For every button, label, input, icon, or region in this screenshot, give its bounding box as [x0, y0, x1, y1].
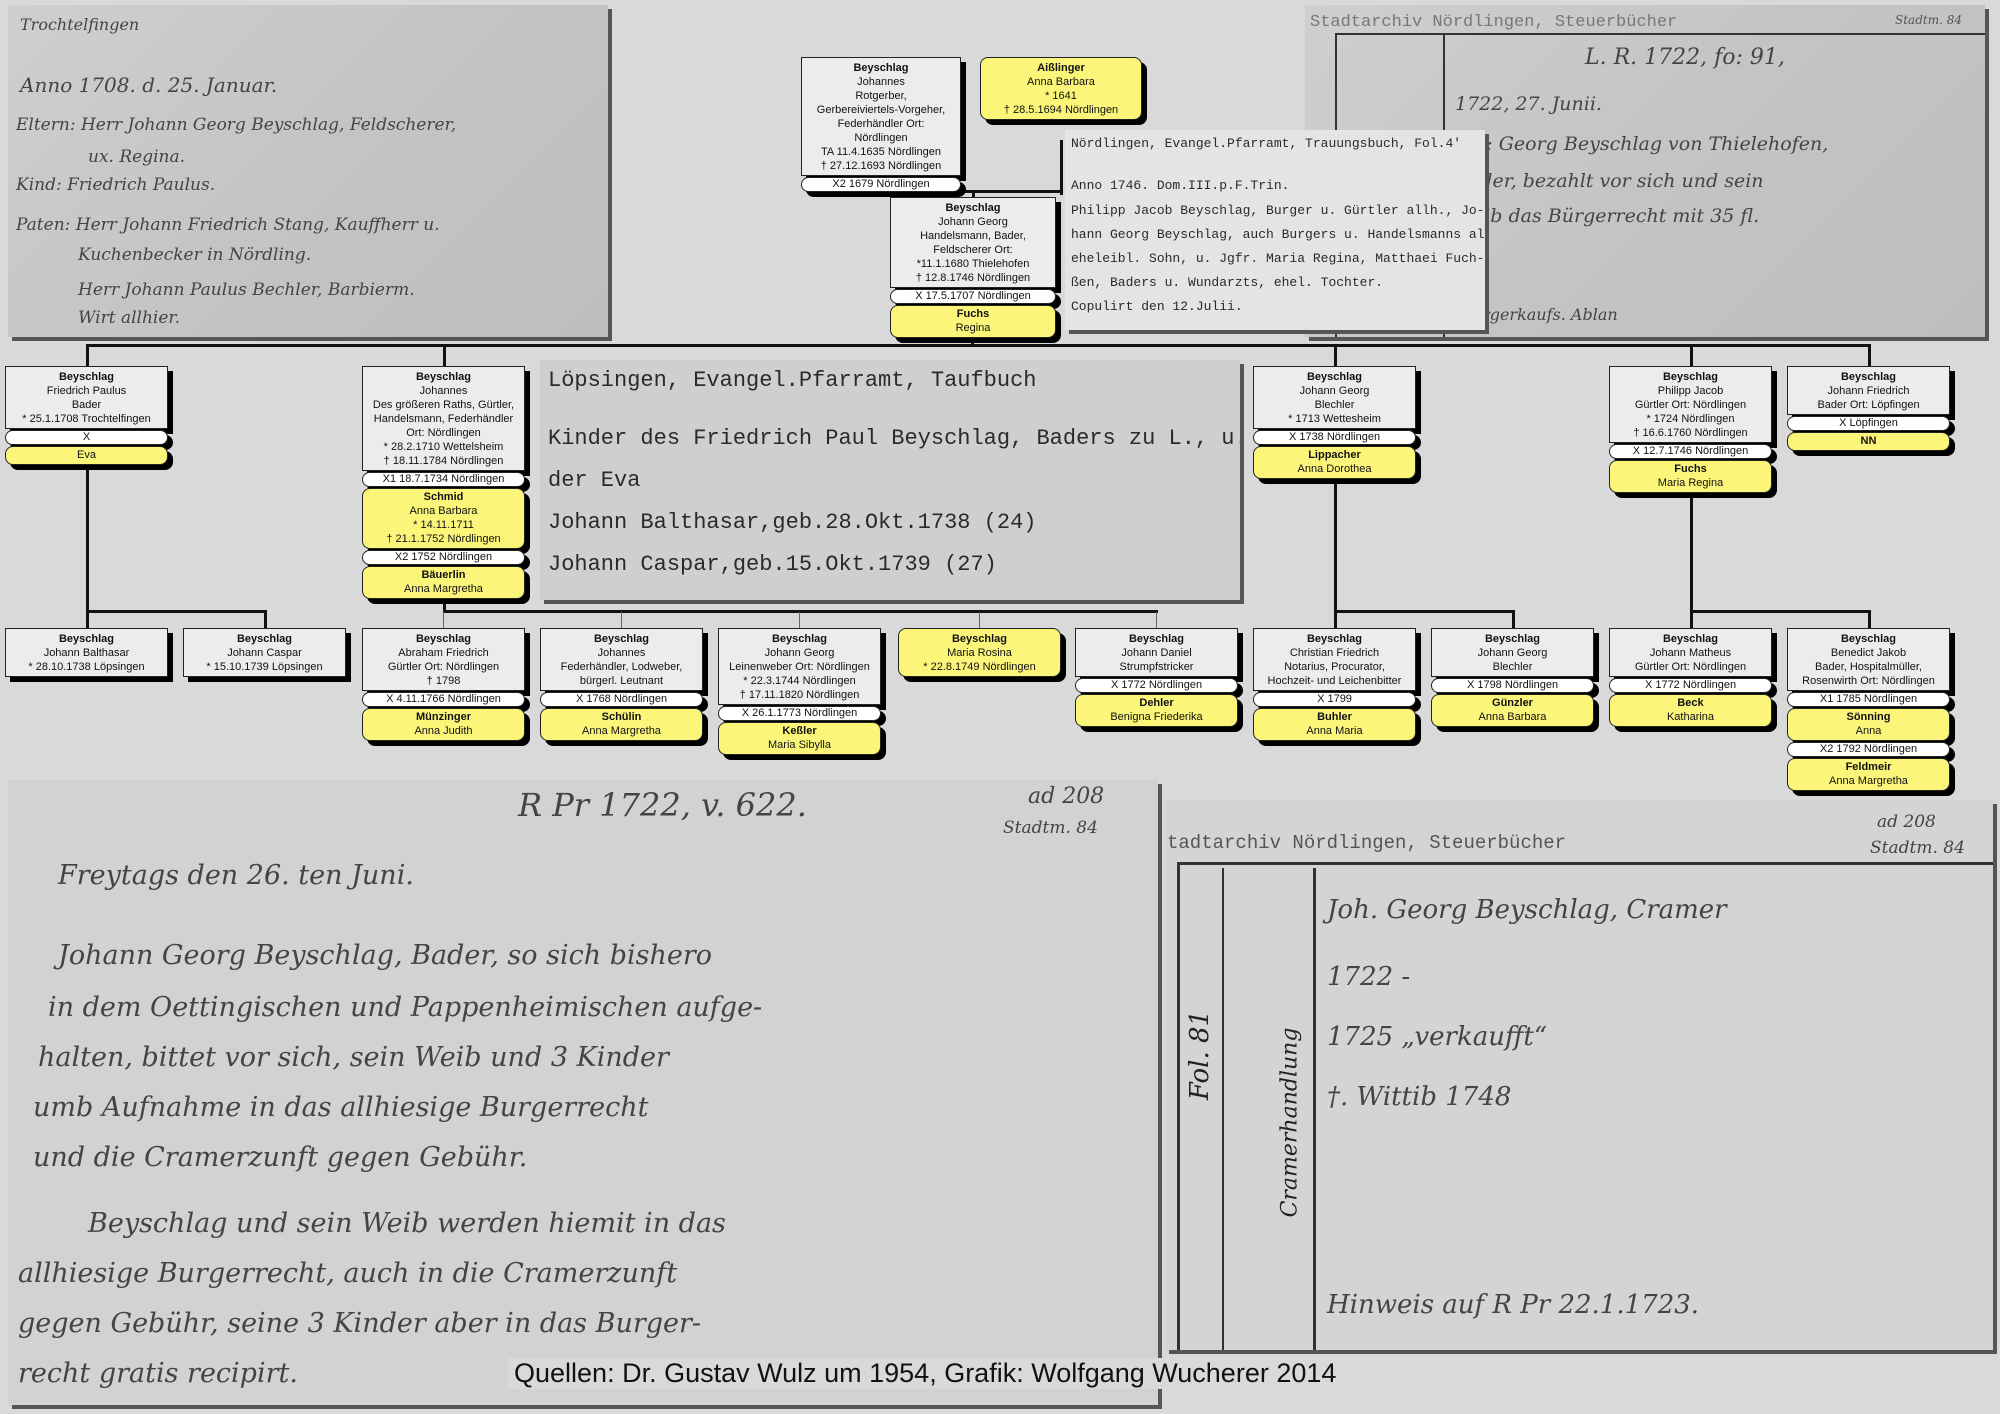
person-card: BeyschlagJohannesRotgerber,Gerbereiviert… — [801, 57, 961, 192]
person-box: BeyschlagJohann GeorgBlechler* 1713 Wett… — [1253, 366, 1416, 429]
person-card: BeyschlagMaria Rosina* 22.8.1749 Nördlin… — [898, 628, 1061, 677]
spouse-surname: Sönning — [1790, 710, 1947, 724]
spouse-given-name: Anna Margretha — [365, 582, 522, 596]
person-occupation: Notarius, Procurator, — [1256, 660, 1413, 674]
doc-title: R Pr 1722, v. 622. — [518, 786, 807, 824]
doc-line: in dem Oettingischen und Pappenheimische… — [48, 992, 762, 1023]
connector-line — [1334, 610, 1514, 613]
doc-line: recht gratis recipirt. — [18, 1358, 298, 1389]
marriage-label: X 1738 Nördlingen — [1253, 430, 1416, 445]
doc-stamp: Stadtm. 84 — [1895, 13, 1962, 27]
person-surname: Beyschlag — [1078, 632, 1235, 646]
person-date: * 1641 — [983, 89, 1139, 103]
doc-line: Joh: Georg Beyschlag von Thielehofen, — [1455, 133, 1828, 155]
connector-line — [86, 470, 89, 610]
spouse-box: BäuerlinAnna Margretha — [362, 566, 525, 599]
doc-stamp: Stadtm. 84 — [1870, 838, 1965, 858]
person-date: † 18.11.1784 Nördlingen — [365, 454, 522, 468]
doc-line: Philipp Jacob Beyschlag, Burger u. Gürtl… — [1071, 203, 1484, 218]
spouse-given-name: Benigna Friederika — [1078, 710, 1235, 724]
doc-col-label: Cramerhandlung — [1277, 1028, 1302, 1218]
spouse-surname: Buhler — [1256, 710, 1413, 724]
spouse-surname: Keßler — [721, 724, 878, 738]
doc-col-label: Fol. 81 — [1185, 1010, 1215, 1100]
doc-line: Copulirt den 12.Julii. — [1071, 299, 1243, 314]
spouse-given-name: Eva — [8, 448, 165, 462]
doc-line: Herr Johann Paulus Bechler, Barbierm. — [78, 280, 415, 300]
doc-line: umb Aufnahme in das allhiesige Burgerrec… — [33, 1092, 648, 1123]
doc-line: Kinder des Friedrich Paul Beyschlag, Bad… — [548, 426, 1240, 451]
person-box: BeyschlagJohann GeorgLeinenweber Ort: Nö… — [718, 628, 881, 705]
doc-taufbuch: Löpsingen, Evangel.Pfarramt, Taufbuch Ki… — [540, 360, 1240, 600]
spouse-given-name: Anna Dorothea — [1256, 462, 1413, 476]
spouse-given-name: Anna Judith — [365, 724, 522, 738]
doc-line: Weib das Bürgerrecht mit 35 fl. — [1455, 205, 1759, 227]
person-surname: Beyschlag — [365, 370, 522, 384]
person-given-name: Abraham Friedrich — [365, 646, 522, 660]
person-surname: Beyschlag — [543, 632, 700, 646]
spouse-box: BuhlerAnna Maria — [1253, 708, 1416, 741]
person-occupation: Handelsmann, Federhändler — [365, 412, 522, 426]
marriage-label: X1 1785 Nördlingen — [1787, 692, 1950, 707]
person-occupation: Federhändler, Lodweber, — [543, 660, 700, 674]
spouse-box: NN — [1787, 432, 1950, 451]
doc-line: Wirt allhier. — [78, 308, 180, 328]
doc-line: hann Georg Beyschlag, auch Burgers u. Ha… — [1071, 227, 1485, 242]
person-date: † 1798 — [365, 674, 522, 688]
person-occupation: Rotgerber, — [804, 89, 958, 103]
spouse-box: SönningAnna — [1787, 708, 1950, 741]
person-date: † 12.8.1746 Nördlingen — [893, 271, 1053, 285]
spouse-box: MünzingerAnna Judith — [362, 708, 525, 741]
connector-line — [1690, 610, 1693, 628]
person-occupation: Blechler — [1434, 660, 1591, 674]
doc-line: Johann Caspar,geb.15.Okt.1739 (27) — [548, 552, 997, 577]
person-occupation: Ort: Nördlingen — [365, 426, 522, 440]
person-box: BeyschlagChristian FriedrichNotarius, Pr… — [1253, 628, 1416, 691]
person-box: BeyschlagFriedrich PaulusBader* 25.1.170… — [5, 366, 168, 429]
person-given-name: Anna Barbara — [983, 75, 1139, 89]
person-card: BeyschlagJohann GeorgHandelsmann, Bader,… — [890, 197, 1056, 338]
doc-line: Löpsingen, Evangel.Pfarramt, Taufbuch — [548, 368, 1036, 393]
spouse-box: BeckKatharina — [1609, 694, 1772, 727]
person-card: BeyschlagFriedrich PaulusBader* 25.1.170… — [5, 366, 168, 465]
marriage-label: X Löpfingen — [1787, 416, 1950, 431]
doc-line: Joh. Georg Beyschlag, Cramer — [1327, 895, 1727, 925]
person-given-name: Johann Matheus — [1612, 646, 1769, 660]
person-card: BeyschlagJohann Caspar* 15.10.1739 Löpsi… — [183, 628, 346, 677]
marriage-label: X2 1792 Nördlingen — [1787, 742, 1950, 757]
marriage-label: X 1772 Nördlingen — [1609, 678, 1772, 693]
doc-line: Hinweis auf R Pr 22.1.1723. — [1327, 1290, 1699, 1320]
doc-line: Trochtelfingen — [20, 15, 139, 34]
spouse-box: FeldmeirAnna Margretha — [1787, 758, 1950, 791]
person-occupation: Bader — [8, 398, 165, 412]
person-date: * 28.10.1738 Löpsingen — [8, 660, 165, 674]
doc-line: Kuchenbecker in Nördling. — [78, 245, 311, 265]
doc-line: Kind: Friedrich Paulus. — [16, 175, 215, 195]
person-occupation: Bader Ort: Löpfingen — [1790, 398, 1947, 412]
marriage-label: X1 18.7.1734 Nördlingen — [362, 472, 525, 487]
person-given-name: Friedrich Paulus — [8, 384, 165, 398]
connector-line — [1334, 344, 1337, 366]
doc-line: Bader, bezahlt vor sich und sein — [1455, 170, 1764, 192]
marriage-label: X 1799 — [1253, 692, 1416, 707]
person-surname: Beyschlag — [1256, 370, 1413, 384]
person-card: BeyschlagJohannesDes größeren Raths, Gür… — [362, 366, 525, 599]
person-box: AißlingerAnna Barbara* 1641† 28.5.1694 N… — [980, 57, 1142, 120]
person-occupation: Gerbereiviertels-Vorgeher, — [804, 103, 958, 117]
person-card: BeyschlagAbraham FriedrichGürtler Ort: N… — [362, 628, 525, 741]
connector-line — [443, 610, 1158, 613]
person-card: BeyschlagJohann MatheusGürtler Ort: Nörd… — [1609, 628, 1772, 727]
person-given-name: Johannes — [365, 384, 522, 398]
person-given-name: Johann Balthasar — [8, 646, 165, 660]
person-surname: Beyschlag — [1612, 370, 1769, 384]
person-date: *11.1.1680 Thielehofen — [893, 257, 1053, 271]
person-occupation: Handelsmann, Bader, — [893, 229, 1053, 243]
person-given-name: Johann Caspar — [186, 646, 343, 660]
doc-header: Stadtarchiv Nördlingen, Steuerbücher — [1310, 13, 1677, 32]
spouse-surname: Lippacher — [1256, 448, 1413, 462]
person-box: BeyschlagPhilipp JacobGürtler Ort: Nördl… — [1609, 366, 1772, 443]
person-occupation: Strumpfstricker — [1078, 660, 1235, 674]
spouse-surname: Fuchs — [893, 307, 1053, 321]
person-surname: Beyschlag — [1256, 632, 1413, 646]
spouse-box: GünzlerAnna Barbara — [1431, 694, 1594, 727]
doc-line: halten, bittet vor sich, sein Weib und 3… — [38, 1042, 669, 1073]
connector-line — [1690, 480, 1693, 610]
spouse-surname: Schülin — [543, 710, 700, 724]
doc-line: Eltern: Herr Johann Georg Beyschlag, Fel… — [16, 115, 456, 135]
person-box: BeyschlagJohann Caspar* 15.10.1739 Löpsi… — [183, 628, 346, 677]
person-surname: Beyschlag — [186, 632, 343, 646]
person-date: † 27.12.1693 Nördlingen — [804, 159, 958, 173]
person-date: † 28.5.1694 Nördlingen — [983, 103, 1139, 117]
person-given-name: Johannes — [543, 646, 700, 660]
person-card: BeyschlagJohann GeorgBlechlerX 1798 Nörd… — [1431, 628, 1594, 727]
person-occupation: Gürtler Ort: Nördlingen — [1612, 398, 1769, 412]
marriage-label: X2 1752 Nördlingen — [362, 550, 525, 565]
connector-line — [264, 610, 267, 628]
person-surname: Beyschlag — [8, 370, 165, 384]
person-box: BeyschlagJohann GeorgHandelsmann, Bader,… — [890, 197, 1056, 288]
person-box: BeyschlagJohannesRotgerber,Gerbereiviert… — [801, 57, 961, 176]
person-date: * 1724 Nördlingen — [1612, 412, 1769, 426]
person-surname: Aißlinger — [983, 61, 1139, 75]
person-card: AißlingerAnna Barbara* 1641† 28.5.1694 N… — [980, 57, 1142, 120]
marriage-label: X — [5, 430, 168, 445]
doc-line: und die Cramerzunft gegen Gebühr. — [33, 1142, 527, 1173]
person-occupation: Leinenweber Ort: Nördlingen — [721, 660, 878, 674]
connector-line — [1690, 610, 1870, 613]
person-surname: Beyschlag — [1434, 632, 1591, 646]
person-card: BeyschlagPhilipp JacobGürtler Ort: Nördl… — [1609, 366, 1772, 493]
person-given-name: Philipp Jacob — [1612, 384, 1769, 398]
doc-stamp: ad 208 — [1877, 812, 1936, 832]
person-surname: Beyschlag — [365, 632, 522, 646]
connector-line — [86, 610, 89, 628]
doc-line: eheleibl. Sohn, u. Jgfr. Maria Regina, M… — [1071, 251, 1484, 266]
person-box: BeyschlagBenedict JakobBader, Hospitalmü… — [1787, 628, 1950, 691]
person-occupation: Federhändler Ort: — [804, 117, 958, 131]
spouse-surname: Münzinger — [365, 710, 522, 724]
person-box: BeyschlagJohann MatheusGürtler Ort: Nörd… — [1609, 628, 1772, 677]
doc-line: L. R. 1722, fo: 91, — [1585, 45, 1785, 70]
spouse-given-name: Regina — [893, 321, 1053, 335]
doc-line: allhiesige Burgerrecht, auch in die Cram… — [18, 1258, 677, 1289]
doc-line: ßen, Baders u. Wundarzts, ehel. Tochter. — [1071, 275, 1383, 290]
marriage-label: X 12.7.1746 Nördlingen — [1609, 444, 1772, 459]
marriage-label: X 1798 Nördlingen — [1431, 678, 1594, 693]
person-date: † 17.11.1820 Nördlingen — [721, 688, 878, 702]
person-occupation: Gürtler Ort: Nördlingen — [1612, 660, 1769, 674]
doc-line: Freytags den 26. ten Juni. — [58, 860, 414, 891]
spouse-surname: Fuchs — [1612, 462, 1769, 476]
doc-line: ux. Regina. — [88, 147, 185, 167]
person-occupation: Blechler — [1256, 398, 1413, 412]
spouse-box: LippacherAnna Dorothea — [1253, 446, 1416, 479]
connector-line — [979, 612, 980, 628]
person-date: * 25.1.1708 Trochtelfingen — [8, 412, 165, 426]
doc-line: Johann Georg Beyschlag, Bader, so sich b… — [58, 940, 712, 971]
spouse-box: FuchsMaria Regina — [1609, 460, 1772, 493]
marriage-label: X2 1679 Nördlingen — [801, 177, 961, 192]
spouse-given-name: Anna — [1790, 724, 1947, 738]
spouse-given-name: Anna Margretha — [1790, 774, 1947, 788]
spouse-given-name: Anna Barbara — [1434, 710, 1591, 724]
connector-line — [86, 610, 266, 613]
marriage-label: X 17.5.1707 Nördlingen — [890, 289, 1056, 304]
person-box: BeyschlagJohann DanielStrumpfstricker — [1075, 628, 1238, 677]
spouse-given-name: Anna Margretha — [543, 724, 700, 738]
person-box: BeyschlagJohannesFederhändler, Lodweber,… — [540, 628, 703, 691]
spouse-box: DehlerBenigna Friederika — [1075, 694, 1238, 727]
spouse-box: SchmidAnna Barbara* 14.11.1711† 21.1.175… — [362, 488, 525, 549]
spouse-surname: Schmid — [365, 490, 522, 504]
spouse-surname: Beck — [1612, 696, 1769, 710]
doc-line: 1722, 27. Junii. — [1455, 93, 1602, 115]
person-card: BeyschlagJohann GeorgLeinenweber Ort: Nö… — [718, 628, 881, 755]
person-surname: Beyschlag — [1790, 632, 1947, 646]
spouse-box: FuchsRegina — [890, 305, 1056, 338]
person-card: BeyschlagJohannesFederhändler, Lodweber,… — [540, 628, 703, 741]
marriage-label: X 26.1.1773 Nördlingen — [718, 706, 881, 721]
spouse-given-name: Maria Sibylla — [721, 738, 878, 752]
spouse-box: SchülinAnna Margretha — [540, 708, 703, 741]
spouse-surname: Günzler — [1434, 696, 1591, 710]
person-card: BeyschlagBenedict JakobBader, Hospitalmü… — [1787, 628, 1950, 791]
connector-line — [1690, 344, 1693, 366]
person-card: BeyschlagJohann DanielStrumpfstrickerX 1… — [1075, 628, 1238, 727]
person-box: BeyschlagJohann GeorgBlechler — [1431, 628, 1594, 677]
person-box: BeyschlagJohann Balthasar* 28.10.1738 Lö… — [5, 628, 168, 677]
person-date: * 1713 Wettesheim — [1256, 412, 1413, 426]
doc-line: Paten: Herr Johann Friedrich Stang, Kauf… — [16, 215, 440, 235]
person-given-name: Benedict Jakob — [1790, 646, 1947, 660]
spouse-box: Eva — [5, 446, 168, 465]
doc-line: Anno 1708. d. 25. Januar. — [20, 73, 277, 97]
connector-line — [1334, 610, 1337, 628]
spouse-surname: Bäuerlin — [365, 568, 522, 582]
spouse-given-name: Katharina — [1612, 710, 1769, 724]
spouse-date: † 21.1.1752 Nördlingen — [365, 532, 522, 546]
spouse-given-name: Anna Maria — [1256, 724, 1413, 738]
connector-line — [443, 612, 444, 628]
doc-line: Beyschlag und sein Weib werden hiemit in… — [88, 1208, 726, 1239]
spouse-given-name: Anna Barbara — [365, 504, 522, 518]
person-occupation: Des größeren Raths, Gürtler, — [365, 398, 522, 412]
connector-line — [1868, 344, 1871, 366]
person-occupation: Feldscherer Ort: — [893, 243, 1053, 257]
spouse-surname: NN — [1790, 434, 1947, 448]
person-surname: Beyschlag — [1612, 632, 1769, 646]
connector-line — [86, 344, 89, 366]
doc-line: Johann Balthasar,geb.28.Okt.1738 (24) — [548, 510, 1036, 535]
marriage-label: X 4.11.1766 Nördlingen — [362, 692, 525, 707]
person-card: BeyschlagJohann FriedrichBader Ort: Löpf… — [1787, 366, 1950, 451]
person-given-name: Johann Daniel — [1078, 646, 1235, 660]
marriage-label: X 1772 Nördlingen — [1075, 678, 1238, 693]
person-date: * 28.2.1710 Wettelsheim — [365, 440, 522, 454]
person-box: BeyschlagAbraham FriedrichGürtler Ort: N… — [362, 628, 525, 691]
person-given-name: Johann Friedrich — [1790, 384, 1947, 398]
person-card: BeyschlagChristian FriedrichNotarius, Pr… — [1253, 628, 1416, 741]
person-date: * 22.3.1744 Nördlingen — [721, 674, 878, 688]
person-given-name: Johann Georg — [893, 215, 1053, 229]
connector-line — [799, 612, 800, 628]
doc-line: gegen Gebühr, seine 3 Kinder aber in das… — [18, 1308, 701, 1339]
doc-trochtelfingen-baptism: Trochtelfingen Anno 1708. d. 25. Januar.… — [8, 5, 608, 337]
person-card: BeyschlagJohann Balthasar* 28.10.1738 Lö… — [5, 628, 168, 677]
doc-line: 1722 - — [1327, 962, 1410, 992]
person-given-name: Johannes — [804, 75, 958, 89]
connector-line — [443, 344, 446, 366]
person-given-name: Maria Rosina — [901, 646, 1058, 660]
doc-trauungsbuch: Nördlingen, Evangel.Pfarramt, Trauungsbu… — [1065, 130, 1485, 330]
person-given-name: Johann Georg — [1256, 384, 1413, 398]
spouse-date: * 14.11.1711 — [365, 518, 522, 532]
person-occupation: Rosenwirth Ort: Nördlingen — [1790, 674, 1947, 688]
person-box: BeyschlagJohann FriedrichBader Ort: Löpf… — [1787, 366, 1950, 415]
connector-line — [1060, 140, 1063, 195]
person-surname: Beyschlag — [901, 632, 1058, 646]
person-given-name: Johann Georg — [1434, 646, 1591, 660]
doc-line: 1725 „verkaufft“ — [1327, 1022, 1547, 1052]
person-date: TA 11.4.1635 Nördlingen — [804, 145, 958, 159]
connector-line — [621, 612, 622, 628]
person-date: * 22.8.1749 Nördlingen — [901, 660, 1058, 674]
person-surname: Beyschlag — [8, 632, 165, 646]
person-date: * 15.10.1739 Löpsingen — [186, 660, 343, 674]
person-surname: Beyschlag — [804, 61, 958, 75]
doc-line: der Eva — [548, 468, 640, 493]
person-surname: Beyschlag — [1790, 370, 1947, 384]
doc-ratsprotokoll: R Pr 1722, v. 622. ad 208 Stadtm. 84 Fre… — [8, 780, 1158, 1405]
connector-line — [86, 344, 1869, 347]
person-occupation: Hochzeit- und Leichenbitter — [1256, 674, 1413, 688]
person-box: BeyschlagMaria Rosina* 22.8.1749 Nördlin… — [898, 628, 1061, 677]
marriage-label: X 1768 Nördlingen — [540, 692, 703, 707]
spouse-surname: Feldmeir — [1790, 760, 1947, 774]
person-occupation: bürgerl. Leutnant — [543, 674, 700, 688]
connector-line — [972, 190, 975, 197]
person-box: BeyschlagJohannesDes größeren Raths, Gür… — [362, 366, 525, 471]
person-surname: Beyschlag — [893, 201, 1053, 215]
person-card: BeyschlagJohann GeorgBlechler* 1713 Wett… — [1253, 366, 1416, 479]
person-occupation: Nördlingen — [804, 131, 958, 145]
person-surname: Beyschlag — [721, 632, 878, 646]
doc-header: tadtarchiv Nördlingen, Steuerbücher — [1167, 832, 1566, 854]
source-caption: Quellen: Dr. Gustav Wulz um 1954, Grafik… — [508, 1358, 1342, 1389]
spouse-given-name: Maria Regina — [1612, 476, 1769, 490]
doc-line: Anno 1746. Dom.III.p.F.Trin. — [1071, 178, 1289, 193]
person-occupation: Gürtler Ort: Nördlingen — [365, 660, 522, 674]
doc-stamp: ad 208 — [1028, 784, 1104, 809]
spouse-box: KeßlerMaria Sibylla — [718, 722, 881, 755]
doc-line: Nördlingen, Evangel.Pfarramt, Trauungsbu… — [1071, 136, 1461, 151]
doc-steuerbuecher-bottom: tadtarchiv Nördlingen, Steuerbücher ad 2… — [1165, 800, 1993, 1350]
connector-line — [1156, 612, 1157, 628]
spouse-surname: Dehler — [1078, 696, 1235, 710]
doc-stamp: Stadtm. 84 — [1003, 818, 1098, 838]
person-given-name: Christian Friedrich — [1256, 646, 1413, 660]
connector-line — [1868, 610, 1871, 628]
connector-line — [1512, 610, 1515, 628]
person-given-name: Johann Georg — [721, 646, 878, 660]
person-occupation: Bader, Hospitalmüller, — [1790, 660, 1947, 674]
doc-line: †. Wittib 1748 — [1327, 1082, 1511, 1112]
person-date: † 16.6.1760 Nördlingen — [1612, 426, 1769, 440]
